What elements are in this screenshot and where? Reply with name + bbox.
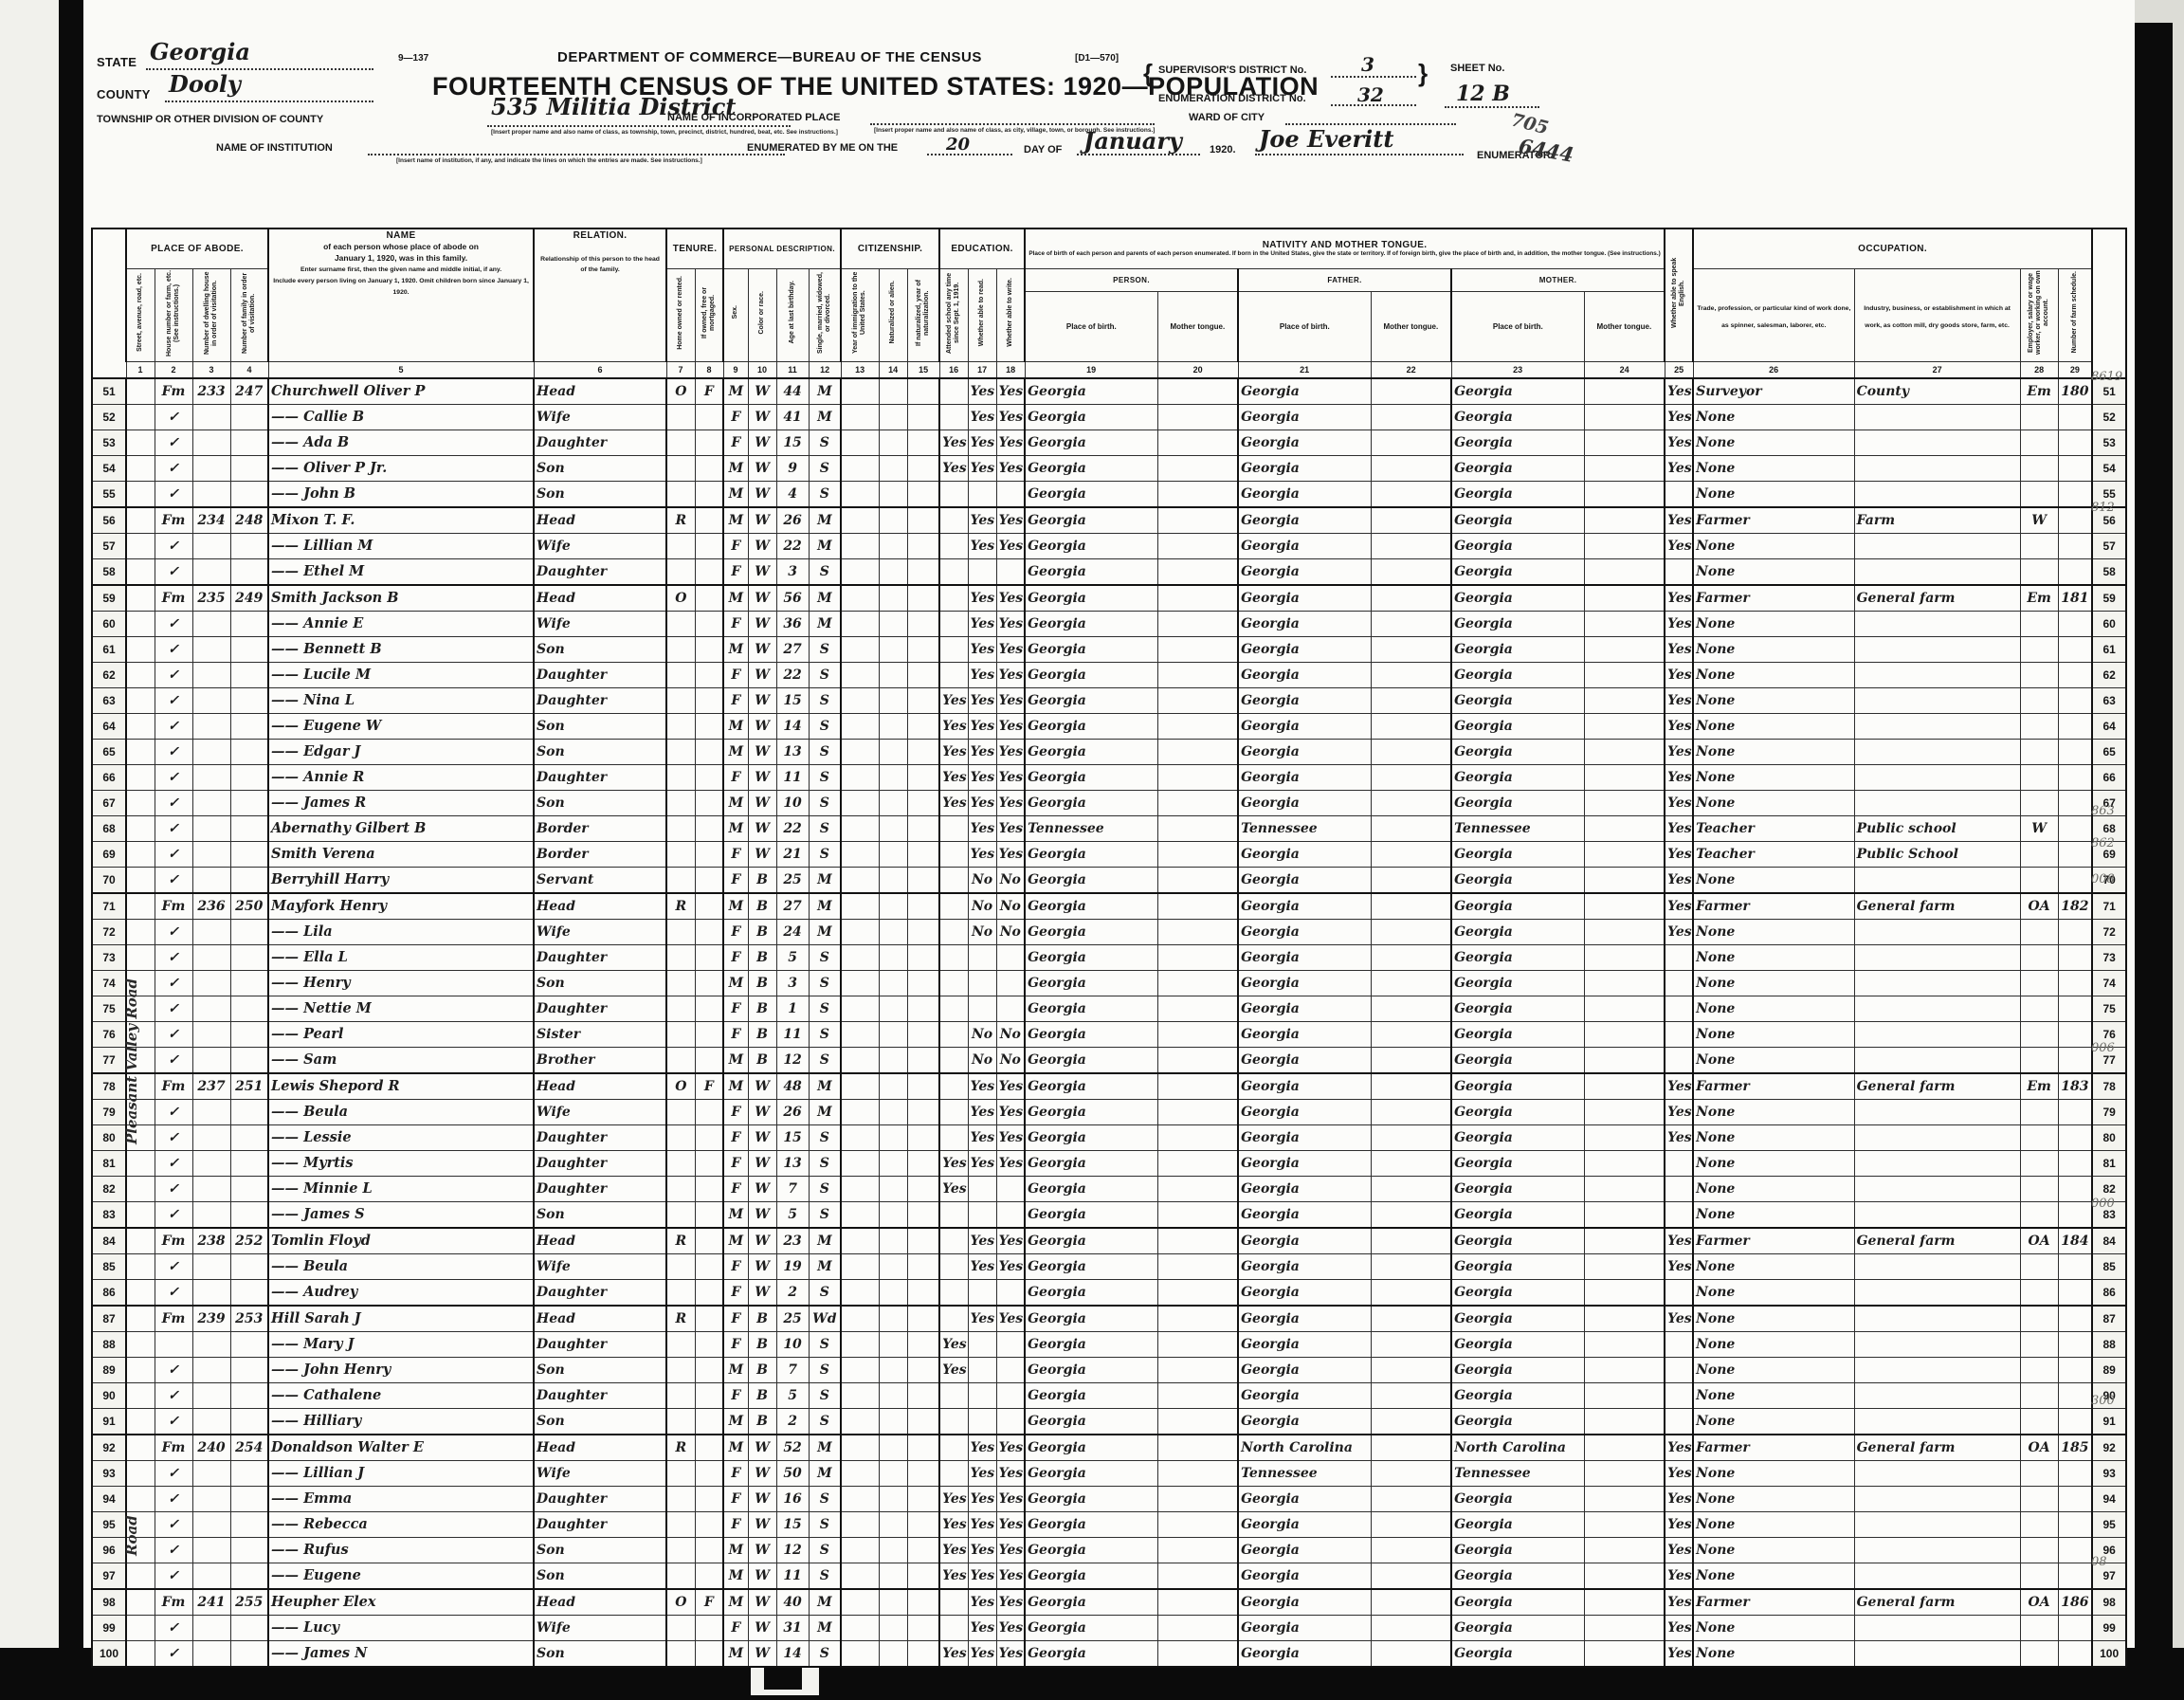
tongue-father: [1371, 1357, 1451, 1382]
sex: F: [723, 1176, 748, 1201]
marital-status: M: [809, 1435, 841, 1461]
relation: Son: [534, 1201, 666, 1228]
industry: Public school: [1854, 815, 2020, 841]
dwelling-number: [192, 1201, 230, 1228]
attended-school: [939, 507, 968, 534]
naturalization-year: [907, 455, 939, 481]
attended-school: [939, 970, 968, 996]
tongue-mother: [1584, 867, 1665, 893]
employment-class: [2020, 944, 2058, 970]
abode-mark: ✓: [155, 662, 192, 687]
name: Hill Sarah J: [268, 1306, 534, 1332]
naturalization-year: [907, 1201, 939, 1228]
sex: M: [723, 1589, 748, 1616]
row-number-left: 100: [92, 1640, 126, 1667]
tongue-person: [1157, 1615, 1238, 1640]
naturalization-year: [907, 1589, 939, 1616]
tongue-mother: [1584, 1357, 1665, 1382]
tongue-person: [1157, 1408, 1238, 1435]
row-number-left: 86: [92, 1279, 126, 1306]
relation: Son: [534, 455, 666, 481]
occupation: None: [1693, 1537, 1854, 1563]
able-to-read: Yes: [968, 1486, 996, 1511]
marital-status: M: [809, 533, 841, 558]
employment-class: [2020, 1563, 2058, 1589]
dwelling-number: [192, 919, 230, 944]
birthplace-person: Georgia: [1025, 611, 1157, 636]
occupation: Teacher: [1693, 841, 1854, 867]
tongue-father: [1371, 1306, 1451, 1332]
free-mortgaged: [695, 1357, 723, 1382]
able-to-write: Yes: [996, 455, 1025, 481]
street-cell: [126, 790, 155, 815]
dwelling-number: [192, 533, 230, 558]
row-number-left: 84: [92, 1228, 126, 1254]
dwelling-number: [192, 1357, 230, 1382]
table-row: 63✓—— Nina LDaughterFW15SYesYesYesGeorgi…: [92, 687, 2126, 713]
naturalization-year: [907, 1537, 939, 1563]
immigration-year: [841, 1201, 879, 1228]
naturalized: [879, 1589, 907, 1616]
tongue-person: [1157, 1021, 1238, 1047]
farm-schedule: [2058, 533, 2092, 558]
enumerator-signature: Joe Everitt: [1259, 125, 1393, 153]
birthplace-mother: Georgia: [1451, 558, 1584, 585]
employment-class: OA: [2020, 893, 2058, 920]
family-number: [230, 970, 268, 996]
name: —— Emma: [268, 1486, 534, 1511]
family-number: [230, 764, 268, 790]
relation: Son: [534, 739, 666, 764]
state-value: Georgia: [150, 38, 250, 65]
farm-schedule: [2058, 867, 2092, 893]
color-race: W: [748, 455, 776, 481]
occupation: None: [1693, 996, 1854, 1021]
dwelling-number: [192, 611, 230, 636]
age: 12: [776, 1047, 809, 1073]
birthplace-person: Georgia: [1025, 841, 1157, 867]
employment-class: [2020, 919, 2058, 944]
naturalized: [879, 1563, 907, 1589]
col-family-header: Number of family in order of visitation.: [230, 268, 268, 361]
row-number-right: 94: [2092, 1486, 2126, 1511]
table-row: 92Fm240254Donaldson Walter EHeadRMW52MYe…: [92, 1435, 2126, 1461]
trade-column-label: Trade, profession, or particular kind of…: [1697, 305, 1850, 329]
table-row: 98Fm241255Heupher ElexHeadOFMW40MYesYesG…: [92, 1589, 2126, 1616]
free-mortgaged: [695, 919, 723, 944]
birthplace-person: Georgia: [1025, 1021, 1157, 1047]
color-race: W: [748, 1124, 776, 1150]
row-number-right: 53: [2092, 430, 2126, 455]
farm-schedule: [2058, 713, 2092, 739]
marital-status: S: [809, 481, 841, 507]
table-row: 96✓—— RufusSonMW12SYesYesYesGeorgiaGeorg…: [92, 1537, 2126, 1563]
birthplace-mother: Georgia: [1451, 1331, 1584, 1357]
sex: M: [723, 1228, 748, 1254]
industry: [1854, 1460, 2020, 1486]
name: —— Audrey: [268, 1279, 534, 1306]
age: 12: [776, 1537, 809, 1563]
naturalization-year: [907, 1150, 939, 1176]
abode-mark: ✓: [155, 430, 192, 455]
home-owned-rented: [666, 1460, 695, 1486]
home-owned-rented: [666, 1408, 695, 1435]
free-mortgaged: [695, 455, 723, 481]
able-to-read: Yes: [968, 1253, 996, 1279]
naturalization-year: [907, 996, 939, 1021]
industry: [1854, 430, 2020, 455]
attended-school: [939, 558, 968, 585]
naturalized: [879, 378, 907, 405]
relation: Son: [534, 1408, 666, 1435]
tongue-person: [1157, 841, 1238, 867]
name: —— Lillian J: [268, 1460, 534, 1486]
relation: Daughter: [534, 764, 666, 790]
pencil-scribble: 008: [2091, 872, 2115, 887]
sex: F: [723, 1615, 748, 1640]
able-to-read: No: [968, 893, 996, 920]
color-race: W: [748, 1279, 776, 1306]
mother-tongue-header: Mother tongue.: [1584, 292, 1665, 362]
abode-mark: ✓: [155, 790, 192, 815]
speaks-english: Yes: [1665, 1099, 1693, 1124]
table-row: 97✓—— EugeneSonMW11SYesYesYesGeorgiaGeor…: [92, 1563, 2126, 1589]
street-cell: [126, 739, 155, 764]
table-row: 77✓—— SamBrotherMB12SNoNoGeorgiaGeorgiaG…: [92, 1047, 2126, 1073]
column-number: 5: [268, 361, 534, 378]
row-number-left: 63: [92, 687, 126, 713]
row-number-left: 75: [92, 996, 126, 1021]
color-race: W: [748, 687, 776, 713]
age: 19: [776, 1253, 809, 1279]
tongue-father: [1371, 1537, 1451, 1563]
speaks-english: Yes: [1665, 815, 1693, 841]
home-owned-rented: R: [666, 1306, 695, 1332]
naturalization-year: [907, 893, 939, 920]
name: —— Ada B: [268, 430, 534, 455]
abode-mark: ✓: [155, 867, 192, 893]
dwelling-number: [192, 1150, 230, 1176]
immigration-year: [841, 585, 879, 612]
birthplace-father: Georgia: [1238, 1124, 1371, 1150]
able-to-write: [996, 1408, 1025, 1435]
birthplace-father: Georgia: [1238, 1537, 1371, 1563]
table-row: 79✓—— BeulaWifeFW26MYesYesGeorgiaGeorgia…: [92, 1099, 2126, 1124]
sex: M: [723, 1047, 748, 1073]
name: —— Beula: [268, 1253, 534, 1279]
abode-mark: ✓: [155, 919, 192, 944]
farm-schedule: [2058, 1382, 2092, 1408]
tongue-person: [1157, 739, 1238, 764]
birthplace-mother: Georgia: [1451, 430, 1584, 455]
free-mortgaged: [695, 533, 723, 558]
dwelling-number: [192, 636, 230, 662]
birthplace-person: Georgia: [1025, 481, 1157, 507]
abode-mark: ✓: [155, 1253, 192, 1279]
age: 24: [776, 919, 809, 944]
marital-status: M: [809, 507, 841, 534]
speaks-english: [1665, 558, 1693, 585]
color-race: W: [748, 1150, 776, 1176]
name: —— Nettie M: [268, 996, 534, 1021]
sex: F: [723, 867, 748, 893]
naturalized: [879, 1615, 907, 1640]
employment-class: [2020, 970, 2058, 996]
naturalization-year: [907, 687, 939, 713]
family-number: [230, 1150, 268, 1176]
age: 44: [776, 378, 809, 405]
speaks-english: [1665, 996, 1693, 1021]
name: Donaldson Walter E: [268, 1435, 534, 1461]
immigration-year: [841, 507, 879, 534]
home-owned-rented: [666, 919, 695, 944]
free-mortgaged: F: [695, 1073, 723, 1100]
immigration-year: [841, 1589, 879, 1616]
immigration-year: [841, 1435, 879, 1461]
marital-status: S: [809, 636, 841, 662]
tongue-father: [1371, 1460, 1451, 1486]
col-mortgage-header: If owned, free or mortgaged.: [695, 268, 723, 361]
free-mortgaged: [695, 944, 723, 970]
free-mortgaged: [695, 790, 723, 815]
birthplace-mother: Georgia: [1451, 1408, 1584, 1435]
able-to-write: [996, 1357, 1025, 1382]
family-number: 247: [230, 378, 268, 405]
street-cell: [126, 1306, 155, 1332]
tongue-father: [1371, 867, 1451, 893]
pencil-scribble: 863: [2091, 804, 2115, 818]
color-race: W: [748, 481, 776, 507]
color-race: W: [748, 662, 776, 687]
able-to-write: Yes: [996, 1615, 1025, 1640]
naturalized: [879, 404, 907, 430]
birthplace-father: Georgia: [1238, 404, 1371, 430]
tongue-mother: [1584, 1563, 1665, 1589]
employment-class: W: [2020, 815, 2058, 841]
naturalized: [879, 919, 907, 944]
employment-class: [2020, 1176, 2058, 1201]
name-header-title: NAME: [387, 230, 416, 241]
birthplace-mother: Georgia: [1451, 841, 1584, 867]
tongue-mother: [1584, 944, 1665, 970]
attended-school: Yes: [939, 1640, 968, 1667]
tongue-father: [1371, 893, 1451, 920]
attended-school: [939, 378, 968, 405]
free-mortgaged: F: [695, 1589, 723, 1616]
able-to-write: Yes: [996, 1150, 1025, 1176]
abode-mark: ✓: [155, 1382, 192, 1408]
row-number-left: 91: [92, 1408, 126, 1435]
street-cell: [126, 404, 155, 430]
abode-mark: ✓: [155, 815, 192, 841]
marital-status: S: [809, 662, 841, 687]
attended-school: Yes: [939, 687, 968, 713]
employment-class: [2020, 1640, 2058, 1667]
free-mortgaged: [695, 507, 723, 534]
able-to-read: Yes: [968, 636, 996, 662]
industry: [1854, 1486, 2020, 1511]
attended-school: [939, 815, 968, 841]
family-number: [230, 1124, 268, 1150]
abode-mark: ✓: [155, 455, 192, 481]
nativity-group-header: NATIVITY AND MOTHER TONGUE. Place of bir…: [1025, 228, 1665, 268]
age: 25: [776, 1306, 809, 1332]
bracket-left: {: [1143, 59, 1153, 88]
row-number-left: 77: [92, 1047, 126, 1073]
naturalized: [879, 481, 907, 507]
person-tongue-header: Mother tongue.: [1157, 292, 1238, 362]
occupation: None: [1693, 1099, 1854, 1124]
row-number-left: 82: [92, 1176, 126, 1201]
employment-class: [2020, 404, 2058, 430]
marital-status: S: [809, 970, 841, 996]
table-row: 73✓—— Ella LDaughterFB5SGeorgiaGeorgiaGe…: [92, 944, 2126, 970]
row-number-left: 94: [92, 1486, 126, 1511]
tongue-father: [1371, 455, 1451, 481]
color-race: W: [748, 1228, 776, 1254]
attended-school: Yes: [939, 1511, 968, 1537]
relation: Daughter: [534, 1331, 666, 1357]
tongue-person: [1157, 1357, 1238, 1382]
col-naturalized-header: Naturalized or alien.: [879, 268, 907, 361]
name: Abernathy Gilbert B: [268, 815, 534, 841]
naturalized: [879, 1306, 907, 1332]
naturalization-year: [907, 970, 939, 996]
column-number: 14: [879, 361, 907, 378]
township-line: [487, 125, 791, 127]
birthplace-mother: Georgia: [1451, 1047, 1584, 1073]
able-to-read: Yes: [968, 790, 996, 815]
birthplace-person: Georgia: [1025, 996, 1157, 1021]
able-to-write: Yes: [996, 1589, 1025, 1616]
tongue-mother: [1584, 1408, 1665, 1435]
attended-school: [939, 611, 968, 636]
naturalization-year: [907, 1099, 939, 1124]
tongue-person: [1157, 790, 1238, 815]
family-number: [230, 919, 268, 944]
employment-class: [2020, 430, 2058, 455]
naturalized: [879, 455, 907, 481]
tongue-father: [1371, 919, 1451, 944]
industry: [1854, 1176, 2020, 1201]
table-row: 70✓Berryhill HarryServantFB25MNoNoGeorgi…: [92, 867, 2126, 893]
able-to-write: [996, 1382, 1025, 1408]
speaks-english: [1665, 1047, 1693, 1073]
marital-status: M: [809, 919, 841, 944]
table-row: 84Fm238252Tomlin FloydHeadRMW23MYesYesGe…: [92, 1228, 2126, 1254]
birthplace-person: Georgia: [1025, 636, 1157, 662]
name: —— Eugene W: [268, 713, 534, 739]
industry: [1854, 1047, 2020, 1073]
free-mortgaged: [695, 1099, 723, 1124]
speaks-english: Yes: [1665, 585, 1693, 612]
able-to-read: Yes: [968, 739, 996, 764]
immigration-year: [841, 1073, 879, 1100]
birthplace-person: Georgia: [1025, 1228, 1157, 1254]
speaks-english: Yes: [1665, 713, 1693, 739]
able-to-write: Yes: [996, 815, 1025, 841]
naturalization-year: [907, 378, 939, 405]
able-to-write: [996, 1279, 1025, 1306]
employment-class: [2020, 558, 2058, 585]
marital-status: M: [809, 378, 841, 405]
naturalized: [879, 893, 907, 920]
birthplace-mother: Georgia: [1451, 713, 1584, 739]
naturalization-year: [907, 790, 939, 815]
employment-class: [2020, 1460, 2058, 1486]
speaks-english: Yes: [1665, 1589, 1693, 1616]
dwelling-number: [192, 687, 230, 713]
farm-schedule: [2058, 1047, 2092, 1073]
attended-school: Yes: [939, 430, 968, 455]
free-mortgaged: [695, 841, 723, 867]
col-dwelling-header: Number of dwelling house in order of vis…: [192, 268, 230, 361]
column-number: 1: [126, 361, 155, 378]
employment-class: [2020, 1124, 2058, 1150]
name: —— Lila: [268, 919, 534, 944]
birthplace-father: Georgia: [1238, 919, 1371, 944]
abode-mark: ✓: [155, 611, 192, 636]
speaks-english: [1665, 1201, 1693, 1228]
family-number: [230, 996, 268, 1021]
naturalization-year: [907, 481, 939, 507]
relation: Son: [534, 1357, 666, 1382]
immigration-year: [841, 1124, 879, 1150]
attended-school: Yes: [939, 1176, 968, 1201]
tongue-mother: [1584, 404, 1665, 430]
free-mortgaged: [695, 1640, 723, 1667]
farm-schedule: [2058, 611, 2092, 636]
industry: [1854, 1563, 2020, 1589]
able-to-read: Yes: [968, 1615, 996, 1640]
birthplace-mother: Georgia: [1451, 481, 1584, 507]
birthplace-father: Georgia: [1238, 1486, 1371, 1511]
name: —— Annie R: [268, 764, 534, 790]
attended-school: Yes: [939, 790, 968, 815]
tongue-mother: [1584, 1537, 1665, 1563]
dwelling-number: [192, 841, 230, 867]
speaks-english: Yes: [1665, 1435, 1693, 1461]
home-owned-rented: R: [666, 1435, 695, 1461]
able-to-write: Yes: [996, 1435, 1025, 1461]
industry: [1854, 611, 2020, 636]
attended-school: [939, 1099, 968, 1124]
free-mortgaged: [695, 1537, 723, 1563]
occupation: None: [1693, 1331, 1854, 1357]
birthplace-father: Georgia: [1238, 430, 1371, 455]
immigration-year: [841, 1408, 879, 1435]
birthplace-person: Georgia: [1025, 919, 1157, 944]
dwelling-number: [192, 996, 230, 1021]
naturalized: [879, 1150, 907, 1176]
name: —— Bennett B: [268, 636, 534, 662]
immigration-year: [841, 455, 879, 481]
color-race: B: [748, 1331, 776, 1357]
farm-schedule: 182: [2058, 893, 2092, 920]
tongue-father: [1371, 841, 1451, 867]
relation: Daughter: [534, 1124, 666, 1150]
name: Smith Jackson B: [268, 585, 534, 612]
street-cell: [126, 1640, 155, 1667]
farm-schedule: [2058, 1253, 2092, 1279]
birthplace-father: Georgia: [1238, 455, 1371, 481]
able-to-write: [996, 996, 1025, 1021]
immigration-year: [841, 404, 879, 430]
abode-mark: ✓: [155, 1099, 192, 1124]
family-number: [230, 1537, 268, 1563]
free-mortgaged: [695, 1486, 723, 1511]
able-to-write: Yes: [996, 790, 1025, 815]
